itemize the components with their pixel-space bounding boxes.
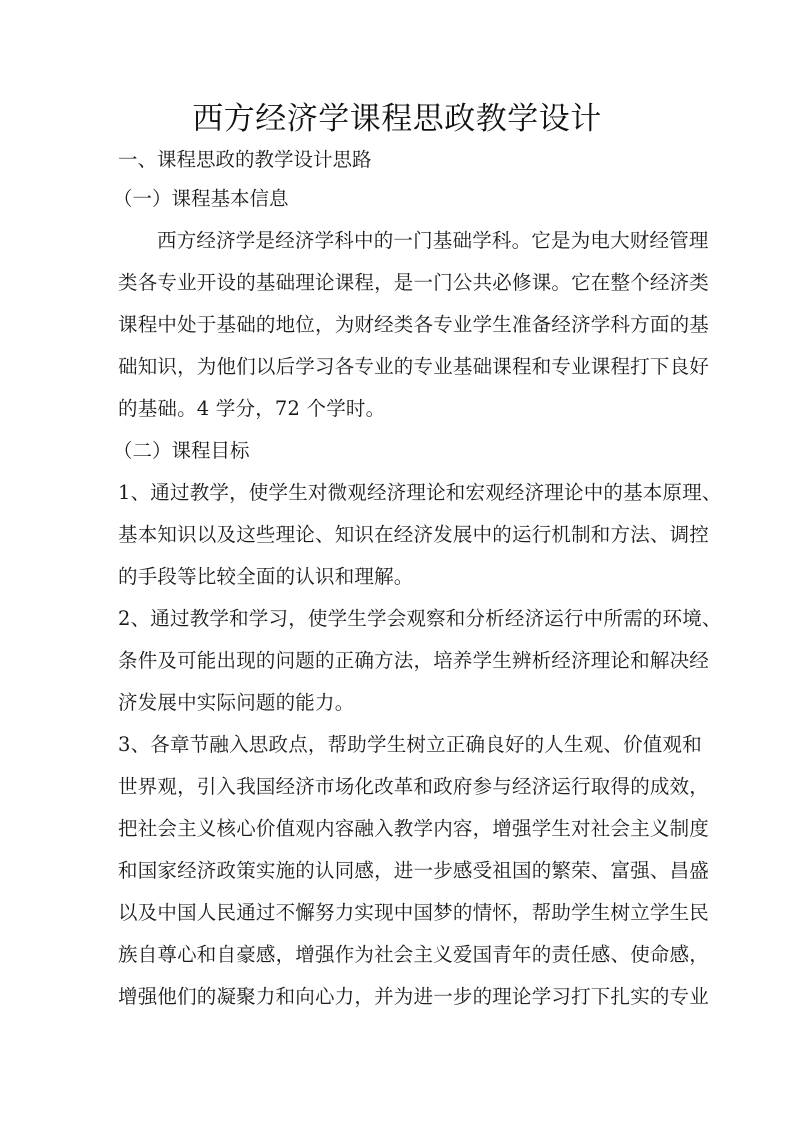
paragraph-line: 础知识，为他们以后学习各专业的专业基础课程和专业课程打下良好: [118, 352, 678, 382]
goal-line: 1、通过教学，使学生对微观经济理论和宏观经济理论中的基本原理、: [118, 478, 678, 508]
section-heading: 一、课程思政的教学设计思路: [118, 145, 372, 175]
paragraph-line: 课程中处于基础的地位，为财经类各专业学生准备经济学科方面的基: [118, 310, 678, 340]
goal-line: 条件及可能出现的问题的正确方法，培养学生辨析经济理论和解决经: [118, 646, 678, 676]
goal-line: 的手段等比较全面的认识和理解。: [118, 562, 678, 592]
paragraph-line: 类各专业开设的基础理论课程，是一门公共必修课。它在整个经济类: [118, 268, 678, 298]
goal-line: 济发展中实际问题的能力。: [118, 688, 678, 718]
goal-line: 3、各章节融入思政点，帮助学生树立正确良好的人生观、价值观和: [118, 730, 678, 760]
document-page: 西方经济学课程思政教学设计 一、课程思政的教学设计思路 （一）课程基本信息 西方…: [0, 0, 794, 1123]
goal-line: 基本知识以及这些理论、知识在经济发展中的运行机制和方法、调控: [118, 520, 678, 550]
goal-line: 2、通过教学和学习，使学生学会观察和分析经济运行中所需的环境、: [118, 604, 678, 634]
paragraph-line: 的基础。4 学分，72 个学时。: [118, 394, 678, 424]
goal-line: 族自尊心和自豪感，增强作为社会主义爱国青年的责任感、使命感，: [118, 940, 678, 970]
document-title: 西方经济学课程思政教学设计: [0, 98, 794, 140]
goal-line: 增强他们的凝聚力和向心力，并为进一步的理论学习打下扎实的专业: [118, 982, 678, 1012]
goal-line: 世界观，引入我国经济市场化改革和政府参与经济运行取得的成效，: [118, 772, 678, 802]
goal-line: 把社会主义核心价值观内容融入教学内容，增强学生对社会主义制度: [118, 814, 678, 844]
subsection-heading: （二）课程目标: [113, 436, 250, 466]
subsection-heading: （一）课程基本信息: [113, 184, 289, 214]
goal-line: 以及中国人民通过不懈努力实现中国梦的情怀，帮助学生树立学生民: [118, 898, 678, 928]
goal-line: 和国家经济政策实施的认同感，进一步感受祖国的繁荣、富强、昌盛: [118, 856, 678, 886]
paragraph-line: 西方经济学是经济学科中的一门基础学科。它是为电大财经管理: [157, 226, 678, 256]
